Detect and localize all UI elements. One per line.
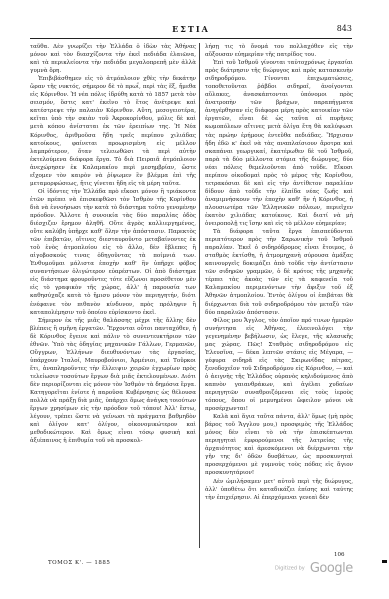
left-column: ταῦθα. Δὲν γνωρίζει τὴν Ἑλλάδα ὁ ἰδὼν τὰ… bbox=[30, 43, 196, 445]
column-divider bbox=[199, 43, 200, 548]
paragraph: Τὰ διάφορα ταῦτα ἔργα ἐπισπεύδονται περι… bbox=[205, 228, 353, 317]
header-rule bbox=[30, 38, 352, 40]
google-logo: Google bbox=[310, 561, 353, 576]
paragraph: ταῦθα. Δὲν γνωρίζει τὴν Ἑλλάδα ὁ ἰδὼν τὰ… bbox=[30, 43, 196, 75]
paragraph: λήσῃ τις τὸ ὄνομά του πολλαχόθεν εἰς τὴν… bbox=[205, 43, 353, 59]
right-column: λήσῃ τις τὸ ὄνομά του πολλαχόθεν εἰς τὴν… bbox=[205, 43, 353, 502]
paragraph: Σήμερον ἐκ τῆς μιᾶς θαλάσσης μέχρι τῆς ἄ… bbox=[30, 317, 196, 446]
paragraph: Καλὰ καὶ ἅγια ταῦτα πάντα, ἀλλ' ὅμως (μὴ… bbox=[205, 413, 353, 477]
digitized-by-label: Digitized by bbox=[275, 566, 305, 572]
paragraph: Ἐπὶ τοῦ Ἰσθμοῦ γίνονται ταὐτοχρόνως ἐργα… bbox=[205, 59, 353, 228]
paragraph: Δὲν ὡμιλήσαμεν μετ' αὐτοῦ περὶ τῆς διώρυ… bbox=[205, 478, 353, 502]
paragraph: Φίλος μου Ἄγγλος, τὸν ὁποῖον πρό τινων ἡ… bbox=[205, 317, 353, 414]
page-number: 843 bbox=[337, 24, 352, 33]
journal-title: ΕΣΤΙΑ bbox=[30, 24, 352, 34]
scan-edge-mark bbox=[382, 560, 387, 563]
volume-signature: ΤΟΜΟΣ Κ'. — 1885 bbox=[48, 560, 110, 566]
paragraph: Οἱ ἰδόντες τὴν Ἑλλάδα πρὸ εἴκοσι μόνον ἢ… bbox=[30, 188, 196, 317]
running-head: ΕΣΤΙΑ 843 bbox=[30, 24, 352, 38]
digitized-watermark: Digitized by Google bbox=[275, 558, 353, 577]
paragraph: Ἐπιβιβάσθημεν εἰς τὸ ἀτμόπλοιον χθὲς τὴν… bbox=[30, 75, 196, 188]
